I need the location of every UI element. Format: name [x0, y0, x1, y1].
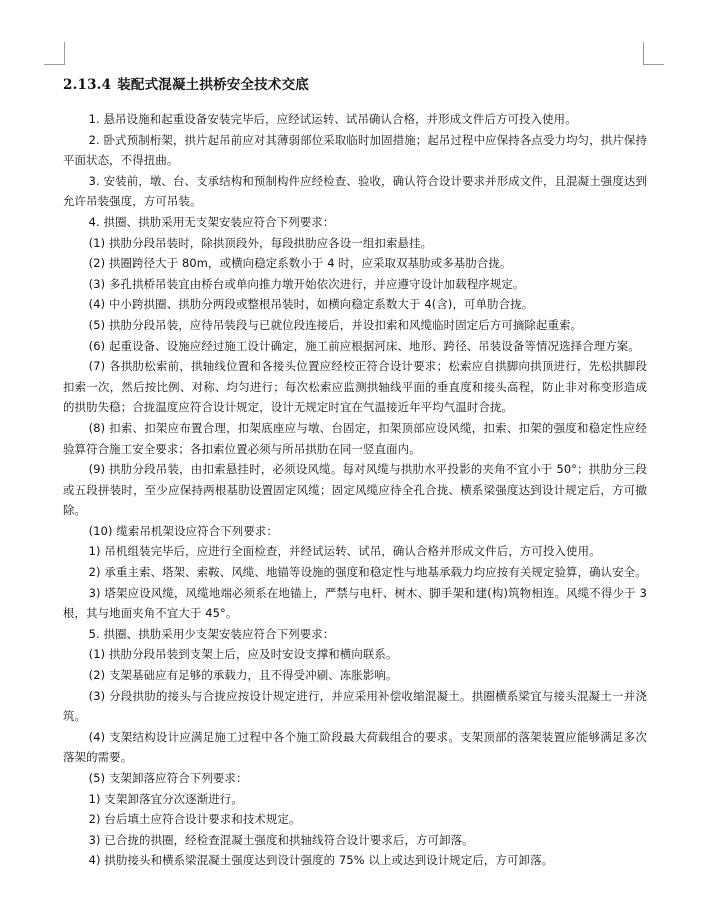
- paragraph: 2) 承重主索、塔架、索鞍、风缆、地锚等设施的强度和稳定性与地基承载力均应按有关…: [63, 562, 647, 583]
- paragraph: (5) 拱肋分段吊装，应待吊装段与已就位段连接后，并设扣索和风缆临时固定后方可摘…: [63, 315, 647, 336]
- paragraph: (4) 支架结构设计应满足施工过程中各个施工阶段最大荷载组合的要求。支架顶部的落…: [63, 727, 647, 768]
- paragraph: 1. 悬吊设施和起重设备安装完毕后，应经试运转、试吊确认合格，并形成文件后方可投…: [63, 109, 647, 130]
- document-body: 2.13.4装配式混凝土拱桥安全技术交底 1. 悬吊设施和起重设备安装完毕后，应…: [63, 74, 647, 871]
- paragraph: (3) 分段拱肋的接头与合拢应按设计规定进行，并应采用补偿收缩混凝土。拱圈横系梁…: [63, 686, 647, 727]
- paragraph: (4) 中小跨拱圈、拱肋分两段或整根吊装时，如横向稳定系数大于 4(含)，可单肋…: [63, 294, 647, 315]
- document-page: 2.13.4装配式混凝土拱桥安全技术交底 1. 悬吊设施和起重设备安装完毕后，应…: [0, 0, 706, 911]
- paragraph: 4. 拱圈、拱肋采用无支架安装应符合下列要求：: [63, 212, 647, 233]
- paragraph: 3. 安装前，墩、台、支承结构和预制构件应经检查、验收，确认符合设计要求并形成文…: [63, 171, 647, 212]
- section-heading: 2.13.4装配式混凝土拱桥安全技术交底: [63, 74, 647, 96]
- paragraph: (9) 拱肋分段吊装，由扣索悬挂时，必须设风缆。每对风缆与拱肋水平投影的夹角不宜…: [63, 459, 647, 521]
- paragraph: 2) 台后填土应符合设计要求和技术规定。: [63, 809, 647, 830]
- crop-mark-top-left: [44, 42, 65, 65]
- paragraph: (5) 支架卸落应符合下列要求：: [63, 768, 647, 789]
- paragraph: 3) 已合拢的拱圈，经检查混凝土强度和拱轴线符合设计要求后，方可卸落。: [63, 830, 647, 851]
- paragraph: (1) 拱肋分段吊装时，除拱顶段外，每段拱肋应各设一组扣索悬挂。: [63, 233, 647, 254]
- section-title: 装配式混凝土拱桥安全技术交底: [117, 77, 309, 93]
- paragraph: (10) 缆索吊机架设应符合下列要求：: [63, 521, 647, 542]
- paragraph: (2) 支架基础应有足够的承载力，且不得受冲刷、冻胀影响。: [63, 665, 647, 686]
- paragraph: (3) 多孔拱桥吊装宜由桥台或单向推力墩开始依次进行，并应遵守设计加载程序规定。: [63, 274, 647, 295]
- paragraph: 3) 塔架应设风缆，风缆地端必须系在地锚上，严禁与电杆、树木、脚手架和建(构)筑…: [63, 583, 647, 624]
- paragraph: (1) 拱肋分段吊装到支架上后，应及时安设支撑和横向联系。: [63, 644, 647, 665]
- paragraph: 2. 卧式预制桁架，拱片起吊前应对其薄弱部位采取临时加固措施；起吊过程中应保持各…: [63, 130, 647, 171]
- section-number: 2.13.4: [63, 77, 111, 93]
- paragraph: (7) 各拱肋松索前，拱轴线位置和各接头位置应经校正符合设计要求；松索应自拱脚向…: [63, 356, 647, 418]
- paragraph: 1) 支架卸落宜分次逐渐进行。: [63, 789, 647, 810]
- paragraph: 4) 拱肋接头和横系梁混凝土强度达到设计强度的 75% 以上或达到设计规定后，方…: [63, 850, 647, 871]
- paragraph: 1) 吊机组装完毕后，应进行全面检查，并经试运转、试吊，确认合格并形成文件后，方…: [63, 541, 647, 562]
- paragraph: 5. 拱圈、拱肋采用少支架安装应符合下列要求：: [63, 624, 647, 645]
- paragraph: (8) 扣索、扣架应布置合理，扣架底座应与墩、台固定，扣架顶部应设风缆，扣索、扣…: [63, 418, 647, 459]
- crop-mark-top-right: [643, 42, 664, 65]
- paragraph: (2) 拱圈跨径大于 80m，或横向稳定系数小于 4 时，应采取双基肋或多基肋合…: [63, 253, 647, 274]
- paragraph: (6) 起重设备、设施应经过施工设计确定，施工前应根据河床、地形、跨径、吊装设备…: [63, 336, 647, 357]
